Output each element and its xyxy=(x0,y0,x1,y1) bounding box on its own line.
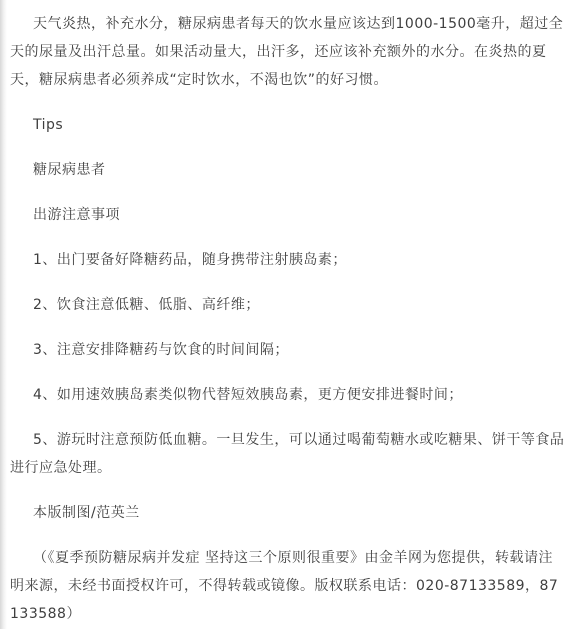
paragraph: 2、饮食注意低糖、低脂、高纤维； xyxy=(10,291,566,319)
article-body: 天气炎热，补充水分，糖尿病患者每天的饮水量应该达到1000-1500毫升，超过全… xyxy=(0,0,576,629)
paragraph: 4、如用速效胰岛素类似物代替短效胰岛素，更方便安排进餐时间； xyxy=(10,381,566,409)
paragraph: 3、注意安排降糖药与饮食的时间间隔； xyxy=(10,336,566,364)
paragraph: 出游注意事项 xyxy=(10,201,566,229)
paragraph: （《夏季预防糖尿病并发症 坚持这三个原则很重要》由金羊网为您提供，转载请注明来源… xyxy=(10,544,566,628)
paragraph: 5、游玩时注意预防低血糖。一旦发生，可以通过喝葡萄糖水或吃糖果、饼干等食品进行应… xyxy=(10,426,566,482)
paragraph: Tips xyxy=(10,111,566,139)
paragraph: 本版制图/范英兰 xyxy=(10,499,566,527)
paragraph-list: 天气炎热，补充水分，糖尿病患者每天的饮水量应该达到1000-1500毫升，超过全… xyxy=(10,10,566,628)
paragraph: 天气炎热，补充水分，糖尿病患者每天的饮水量应该达到1000-1500毫升，超过全… xyxy=(10,10,566,94)
paragraph: 糖尿病患者 xyxy=(10,156,566,184)
paragraph: 1、出门要备好降糖药品，随身携带注射胰岛素； xyxy=(10,246,566,274)
